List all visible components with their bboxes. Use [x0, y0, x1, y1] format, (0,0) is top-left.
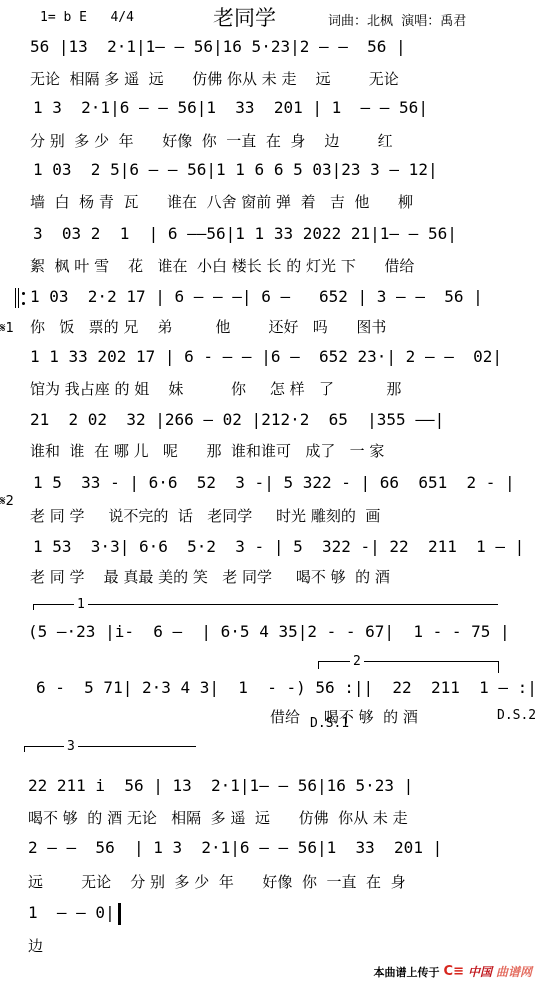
volta-1-label: 1 — [74, 597, 88, 612]
segno-2-marker: 𝄋2 — [0, 494, 14, 509]
lyric-line-8: 老 同 学 说不完的 话 老同学 时光 雕刻的 画 — [30, 507, 380, 525]
lyric-line-14: 边 — [28, 937, 43, 955]
lyric-line-2: 分 别 多 少 年 好像 你 一直 在 身 边 红 — [30, 132, 393, 150]
song-credit: 词曲：北枫 演唱：禹君 — [328, 10, 466, 29]
segno-1-marker: 𝄋1 — [0, 321, 14, 336]
notation-line-12: 22 211 i 56 | 13 2·1|1— — 56|16 5·23 | — [28, 776, 413, 796]
notation-line-6: 1 1 33 202 17 | 6 - — — |6 — 652 23·| 2 … — [30, 347, 502, 367]
notation-line-10: (5 —·23 |i- 6 — | 6·5 4 35|2 - - 67| 1 -… — [28, 622, 510, 642]
volta-bracket-1 — [33, 604, 498, 605]
volta-bracket-2-hook-right — [498, 661, 499, 673]
lyric-line-3: 墙 白 杨 青 瓦 谁在 八舍 窗前 弹 着 吉 他 柳 — [30, 193, 413, 211]
volta-bracket-3-hook — [24, 746, 25, 752]
repeat-dot — [22, 292, 25, 295]
repeat-start-bar-thin — [15, 288, 16, 308]
volta-bracket-1-hook — [33, 604, 34, 610]
volta-2-label: 2 — [350, 654, 364, 669]
lyric-line-9: 老 同 学 最 真最 美的 笑 老 同学 喝不 够 的 酒 — [30, 568, 390, 586]
notation-line-7: 21 2 02 32 |266 — 02 |212·2 65 |355 ——| — [30, 410, 444, 430]
lyric-line-1: 无论 相隔 多 遥 远 仿佛 你从 未 走 远 无论 — [30, 70, 399, 88]
watermark-text: 本曲谱上传于 — [374, 964, 440, 980]
watermark-brand-zhongguo: 中国 — [468, 963, 492, 980]
notation-line-13: 2 — — 56 | 1 3 2·1|6 — — 56|1 33 201 | — [28, 838, 442, 858]
ds2-marker: D.S.2 — [497, 708, 536, 723]
lyric-line-13: 远 无论 分 别 多 少 年 好像 你 一直 在 身 — [28, 873, 406, 891]
notation-line-4: 3 03 2 1 | 6 ——56|1 1 33 2022 21|1— — 56… — [33, 224, 457, 244]
lyric-line-5: 你 饭 票的 兄 弟 他 还好 吗 图书 — [30, 318, 386, 336]
notation-line-8: 1 5 33 - | 6·6 52 3 -| 5 322 - | 66 651 … — [33, 473, 515, 493]
ds1-marker: D.S.1 — [310, 716, 349, 731]
lyric-line-4: 絮 枫 叶 雪 花 谁在 小白 楼长 长 的 灯光 下 借给 — [30, 257, 414, 275]
notation-line-2: 1 3 2·1|6 — — 56|1 33 201 | 1 — — 56| — [33, 98, 428, 118]
notation-line-3: 1 03 2 5|6 — — 56|1 1 6 6 5 03|23 3 — 12… — [33, 160, 438, 180]
repeat-start-bar — [18, 288, 19, 308]
volta-3-label: 3 — [64, 739, 78, 754]
notation-line-14: 1 — — 0|| — [28, 903, 124, 923]
notation-line-1: 56 |13 2·1|1— — 56|16 5·23|2 — — 56 | — [30, 37, 406, 57]
volta-bracket-3 — [24, 746, 196, 747]
song-title: 老同学 — [213, 2, 276, 32]
notation-line-9: 1 53 3·3| 6·6 5·2 3 - | 5 322 -| 22 211 … — [33, 537, 524, 557]
lyric-line-12: 喝不 够 的 酒 无论 相隔 多 遥 远 仿佛 你从 未 走 — [28, 809, 408, 827]
watermark-brand-qupu: 曲谱网 — [496, 963, 532, 980]
volta-bracket-2 — [318, 661, 498, 662]
key-time-signature: 1= b E 4/4 — [40, 10, 134, 25]
final-barline — [118, 903, 121, 925]
repeat-dot — [22, 302, 25, 305]
site-logo-icon: C≡ — [444, 964, 464, 979]
watermark: 本曲谱上传于 C≡ 中国曲谱网 — [374, 963, 532, 980]
lyric-line-6: 馆为 我占座 的 姐 妹 你 怎 样 了 那 — [30, 380, 401, 398]
notation-line-5: 1 03 2·2 17 | 6 — — —| 6 — 652 | 3 — — 5… — [30, 287, 483, 307]
lyric-line-7: 谁和 谁 在 哪 儿 呢 那 谁和谁可 成了 一 家 — [30, 442, 384, 460]
notation-line-11: 6 - 5 71| 2·3 4 3| 1 - -) 56 :|| 22 211 … — [36, 678, 540, 698]
volta-bracket-2-hook-left — [318, 661, 319, 669]
